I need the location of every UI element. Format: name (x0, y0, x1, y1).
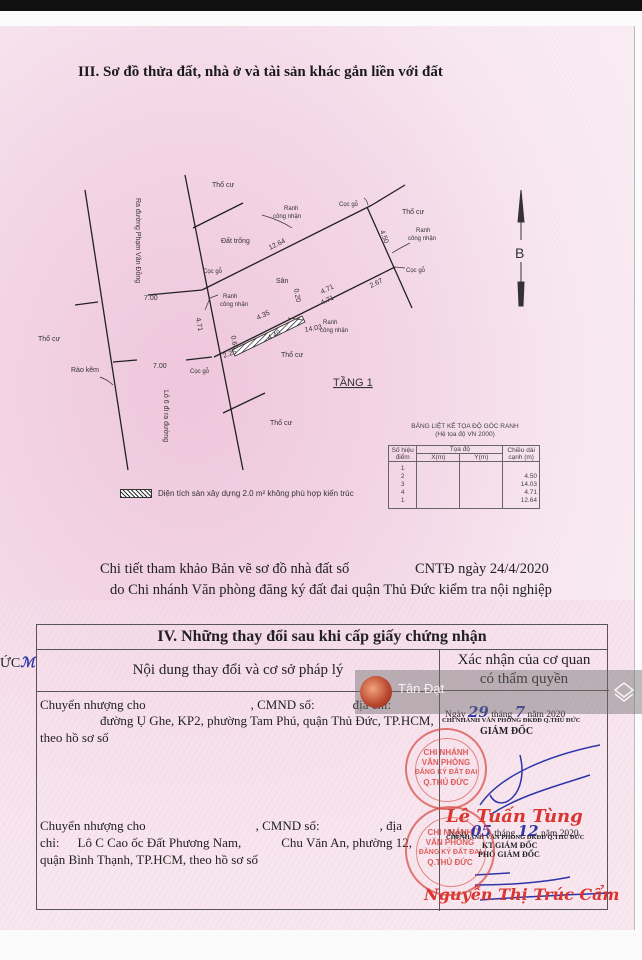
svg-text:công nhận: công nhận (408, 236, 436, 242)
section4-heading: IV. Những thay đổi sau khi cấp giấy chứn… (37, 625, 607, 650)
site-plan-drawing: B Thổ cư Thổ cư Thổ cư Thổ cư Thổ cư Đất… (0, 0, 642, 620)
note-date: CNTĐ ngày 24/4/2020 (415, 561, 549, 578)
svg-text:4.71: 4.71 (194, 317, 203, 332)
entry1-office: CHI NHÁNH VĂN PHÒNG ĐKĐĐ Q.THỦ ĐỨC (442, 717, 581, 724)
svg-text:Cọc gỗ: Cọc gỗ (406, 267, 426, 274)
legend: Diện tích sàn xây dựng 2.0 m² không phù … (120, 489, 354, 498)
svg-text:4.71: 4.71 (320, 294, 335, 306)
svg-text:4.35: 4.35 (256, 309, 271, 321)
svg-text:2.25: 2.25 (222, 349, 237, 360)
svg-text:Cọc gỗ: Cọc gỗ (339, 201, 359, 208)
entry1-line2: đường Ụ Ghe, KP2, phường Tam Phú, quận T… (100, 713, 434, 729)
svg-text:Ra đường Phạm Văn Đồng: Ra đường Phạm Văn Đồng (134, 198, 143, 283)
svg-text:công nhận: công nhận (220, 302, 248, 308)
svg-text:4.71: 4.71 (320, 283, 335, 295)
svg-text:Ranh: Ranh (223, 294, 237, 300)
coord-table-title: BẢNG LIỆT KÊ TỌA ĐỘ GÓC RANH (Hệ tọa độ … (400, 423, 530, 439)
svg-text:công nhận: công nhận (273, 214, 301, 220)
note-line1: Chi tiết tham khảo Bản vẽ sơ đồ nhà đất … (100, 561, 349, 578)
svg-text:Ranh: Ranh (416, 228, 430, 234)
note-line2: do Chi nhánh Văn phòng đăng ký đất đai q… (110, 582, 552, 599)
svg-text:Thổ cư: Thổ cư (402, 208, 425, 216)
svg-text:Thổ cư: Thổ cư (212, 181, 235, 189)
svg-text:0.20: 0.20 (292, 288, 301, 303)
watermark-text: Tân Đạt (398, 681, 444, 696)
svg-text:Lô 6 đi ra đường: Lô 6 đi ra đường (162, 390, 169, 442)
margin-text: ỨCℳ (0, 655, 35, 672)
svg-text:7.00: 7.00 (153, 363, 167, 370)
watermark-logo-icon (360, 676, 392, 708)
entry2-line3: quận Bình Thạnh, TP.HCM, theo hồ sơ số (40, 852, 258, 868)
svg-text:Sân: Sân (276, 278, 289, 285)
svg-text:Cọc gỗ: Cọc gỗ (203, 268, 223, 275)
north-arrow-label: B (515, 245, 524, 261)
svg-text:Ranh: Ranh (284, 206, 298, 212)
svg-text:Đất trống: Đất trống (221, 236, 250, 245)
floor-label: TẦNG 1 (333, 376, 373, 389)
svg-text:Cọc gỗ: Cọc gỗ (190, 368, 210, 375)
svg-text:0.60: 0.60 (229, 335, 238, 350)
svg-text:Thổ cư: Thổ cư (270, 419, 293, 427)
red-stamp-1: CHI NHÁNH VĂN PHÒNG ĐĂNG KÝ ĐẤT ĐAI Q.TH… (405, 728, 487, 810)
layers-icon (612, 680, 636, 704)
svg-text:7.00: 7.00 (144, 295, 158, 302)
svg-text:Thổ cư: Thổ cư (38, 335, 61, 343)
svg-text:công nhận: công nhận (320, 328, 348, 334)
red-stamp-2: CHI NHÁNH VĂN PHÒNG ĐĂNG KÝ ĐẤT ĐAI Q.TH… (405, 806, 495, 896)
entry2-line2: chỉ:Lô C Cao ốc Đất Phương Nam,Chu Văn A… (40, 835, 412, 851)
svg-text:Thổ cư: Thổ cư (281, 351, 304, 359)
svg-text:Ranh: Ranh (323, 320, 337, 326)
coord-table: Số hiệu điểm Tọa độ Chiều dài cạnh (m) X… (388, 445, 540, 509)
svg-text:Rào kẽm: Rào kẽm (71, 367, 99, 374)
entry2-line1: Chuyển nhượng cho, CMND số:, địa (40, 818, 402, 834)
svg-text:4.40: 4.40 (267, 329, 282, 341)
table-row: 1 2 3 4 1 4.50 14.03 4.71 12.64 (389, 462, 540, 509)
entry1-line3: theo hồ sơ số (40, 730, 109, 746)
entry1-line1: Chuyển nhượng cho, CMND số:địa chỉ: (40, 697, 391, 713)
hatch-swatch-icon (120, 489, 152, 498)
